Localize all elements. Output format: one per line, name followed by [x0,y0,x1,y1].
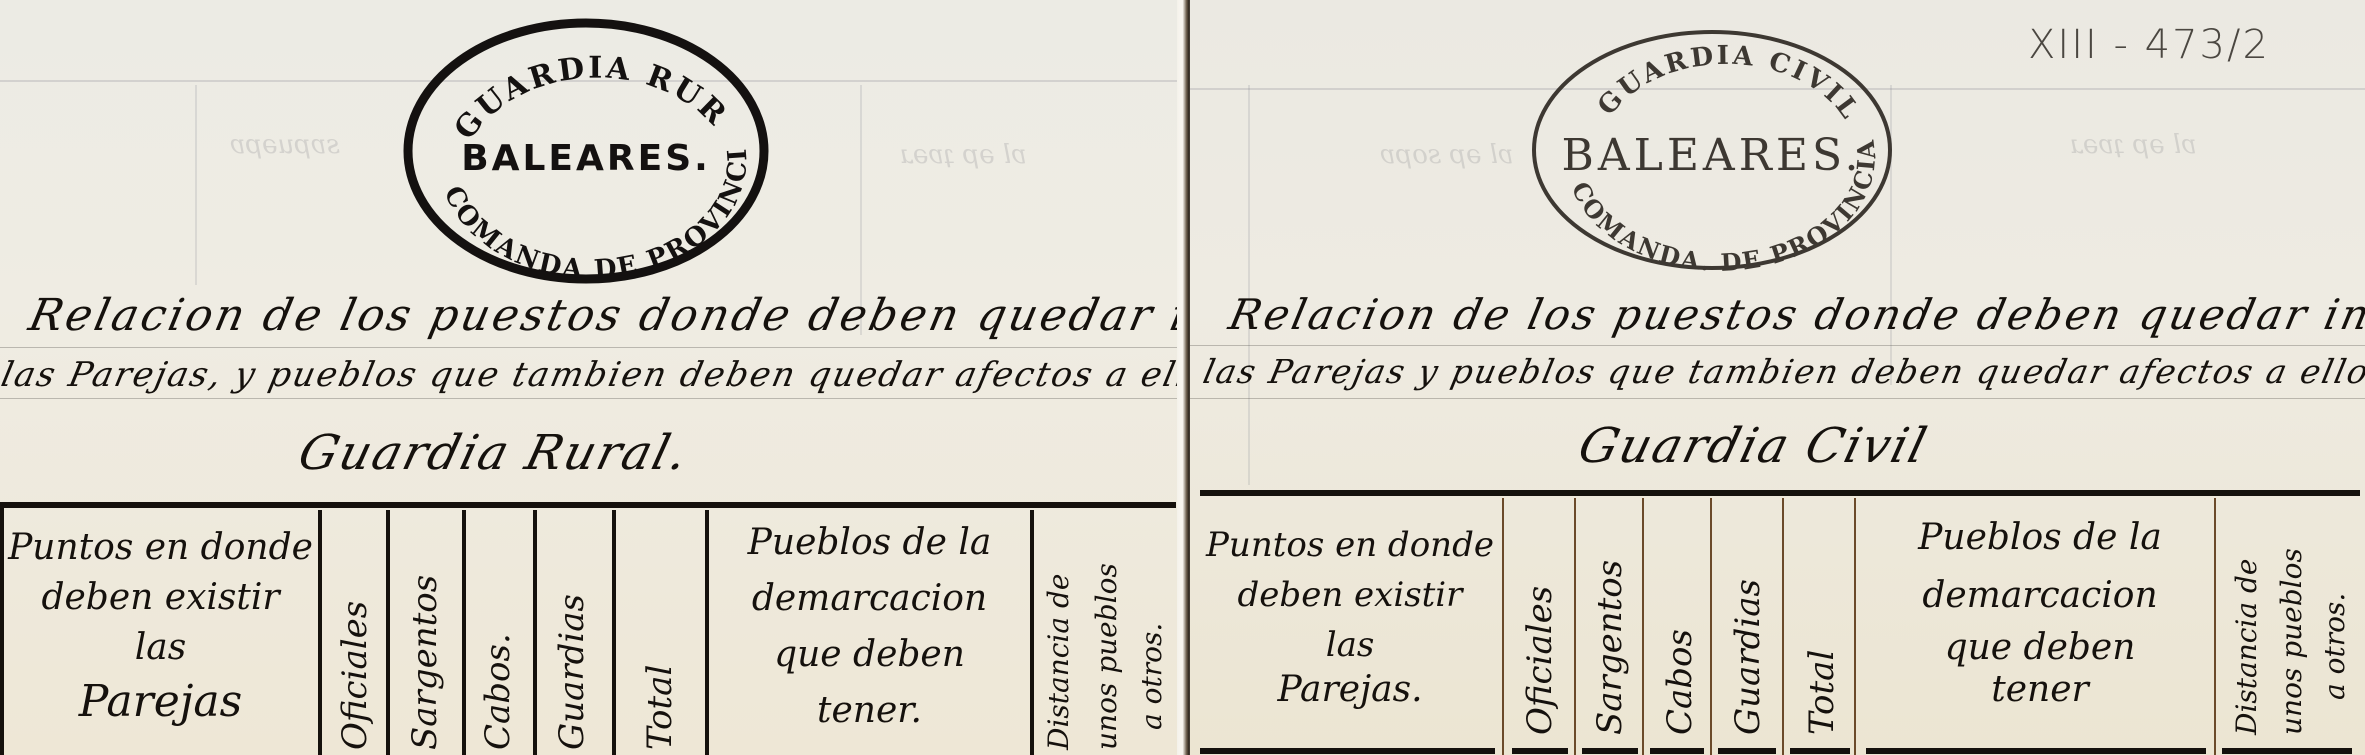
table-header-bottom-rule [1200,748,1495,754]
column-header-distancia-2: unos pueblos [2275,548,2308,735]
column-divider [386,510,390,755]
column-divider [1782,498,1784,755]
table-header-bottom-rule [1718,748,1776,754]
svg-text:GUARDIA CIVIL: GUARDIA CIVIL [1592,41,1866,127]
column-header-pueblos: Pueblos de la demarcacion que deben tene… [1870,520,2210,708]
section-heading-guardia-rural: Guardia Rural. [293,425,695,481]
ruled-line [0,398,1183,399]
table-header-bottom-rule [1650,748,1704,754]
bleed-through-text: ɐl ǝp ʇɐǝɹ [900,140,1027,170]
column-divider [533,510,537,755]
table-header-bottom-rule [1582,748,1638,754]
column-header-puntos: Puntos en donde deben existir las Pareja… [8,530,313,724]
guardia-rural-stamp: GUARDIA RURAL COMANDA DE PROVINCIA. BALE… [400,15,772,287]
section-heading-guardia-civil: Guardia Civil [1573,418,1934,474]
table-header-bottom-rule [1512,748,1568,754]
ruled-line [1190,398,2365,399]
column-header-total: Total [1802,650,1842,735]
column-divider [612,510,616,755]
column-header-guardias: Guardias [552,594,592,750]
column-divider [1502,498,1504,755]
right-page: ɐl ǝp sopɐ ɐl ǝp ʇɐǝɹ GUARDIA CIVIL COMA… [1190,0,2365,755]
column-header-distancia-2: unos pueblos [1090,563,1123,750]
column-header-distancia-1: Distancia de [2230,559,2263,735]
table-header-bottom-rule [1866,748,2206,754]
column-header-oficiales: Oficiales [335,601,375,750]
column-divider [1854,498,1856,755]
column-header-sargentos: Sargentos [1590,560,1630,735]
column-divider [2214,498,2216,755]
document-title-line-2: las Parejas y pueblos que tambien deben … [1200,352,2365,391]
bleed-through-line [1248,85,1250,485]
column-divider [318,510,322,755]
column-divider [1710,498,1712,755]
column-header-distancia-3: a otros. [1135,623,1168,730]
bleed-through-text: sɐpuǝpɐ [230,130,340,160]
bleed-through-text: ɐl ǝp sopɐ [1380,140,1514,170]
stamp-center-text: BALEARES. [461,138,711,179]
document-title-line-2: las Parejas, y pueblos que tambien deben… [0,355,1183,395]
column-header-distancia-3: a otros. [2318,593,2351,700]
ruled-line [0,347,1183,348]
archive-reference-number: XIII - 473/2 [2028,22,2270,68]
column-divider [1642,498,1644,755]
column-header-puntos: Puntos en donde deben existir las Pareja… [1200,528,1500,708]
column-header-cabos: Cabos. [478,633,518,750]
table-header-bottom-rule [2222,748,2352,754]
document-title-line-1: Relacion de los puestos donde deben qued… [1225,290,2365,339]
column-header-guardias: Guardias [1728,579,1768,735]
column-header-pueblos: Pueblos de la demarcacion que deben tene… [712,525,1027,729]
stamp-center-text: BALEARES. [1561,130,1862,181]
svg-text:GUARDIA RURAL: GUARDIA RURAL [400,15,735,146]
table-header-bottom-rule [1790,748,1850,754]
ruled-line [1190,345,2365,346]
column-divider [1030,510,1034,755]
column-header-oficiales: Oficiales [1520,586,1560,735]
bleed-through-text: ɐl ǝp ʇɐǝɹ [2070,130,2197,160]
guardia-civil-stamp: GUARDIA CIVIL COMANDA. DE PROVINCIA. BAL… [1528,25,1896,275]
table-top-rule [1200,490,2360,496]
column-header-total: Total [640,665,680,750]
column-divider [462,510,466,755]
left-page: sɐpuǝpɐ ɐl ǝp ʇɐǝɹ GUARDIA RURAL COMANDA… [0,0,1183,755]
column-header-cabos: Cabos [1660,629,1700,735]
bleed-through-line [195,85,197,285]
column-header-distancia-1: Distancia de [1042,574,1075,750]
column-divider [1574,498,1576,755]
table-top-rule [0,502,1176,508]
column-divider [705,510,709,755]
document-title-line-1: Relacion de los puestos donde deben qued… [25,290,1183,341]
column-header-sargentos: Sargentos [405,575,445,750]
table-border [0,505,4,755]
